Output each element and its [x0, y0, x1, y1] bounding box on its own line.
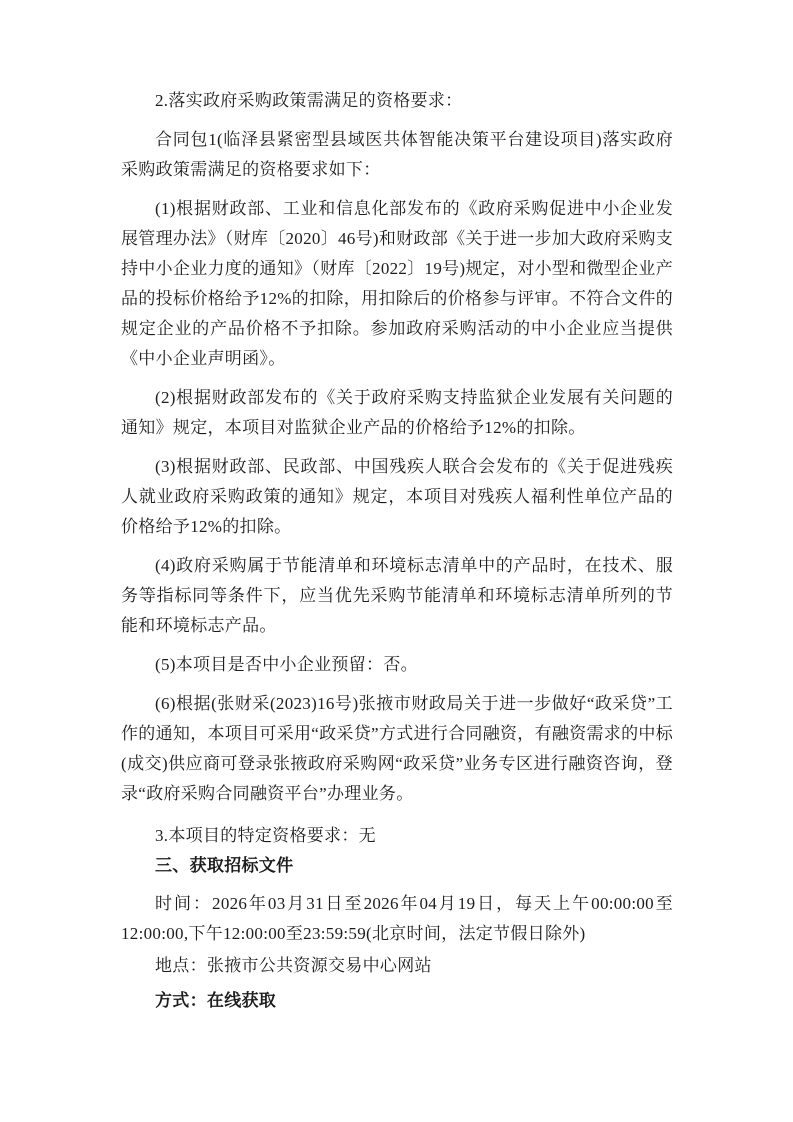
para-obtain-method: 方式：在线获取 — [121, 986, 673, 1016]
para-policy-item-2-prison-enterprise: (2)根据财政部发布的《关于政府采购支持监狱企业发展有关问题的通知》规定，本项目… — [121, 383, 673, 443]
para-policy-item-6-procurement-loan: (6)根据(张财采(2023)16号)张掖市财政局关于进一步做好“政采贷”工作的… — [121, 689, 673, 809]
para-policy-requirements-intro: 2.落实政府采购政策需满足的资格要求： — [121, 86, 673, 116]
para-policy-item-3-disabled-welfare: (3)根据财政部、民政部、中国残疾人联合会发布的《关于促进残疾人就业政府采购政策… — [121, 452, 673, 542]
para-obtain-time: 时间：2026年03月31日至2026年04月19日，每天上午00:00:00至… — [121, 889, 673, 949]
para-policy-item-1-sme-deduction: (1)根据财政部、工业和信息化部发布的《政府采购促进中小企业发展管理办法》（财库… — [121, 194, 673, 374]
section-heading-obtain-bidding-documents: 三、获取招标文件 — [121, 851, 673, 881]
para-policy-item-5-sme-reserved: (5)本项目是否中小企业预留：否。 — [121, 650, 673, 680]
para-contract-package-intro: 合同包1(临泽县紧密型县域医共体智能决策平台建设项目)落实政府采购政策需满足的资… — [121, 125, 673, 185]
document-page: 2.落实政府采购政策需满足的资格要求： 合同包1(临泽县紧密型县域医共体智能决策… — [0, 0, 793, 1122]
para-obtain-place: 地点：张掖市公共资源交易中心网站 — [121, 951, 673, 981]
para-policy-item-4-energy-saving: (4)政府采购属于节能清单和环境标志清单中的产品时，在技术、服务等指标同等条件下… — [121, 551, 673, 641]
para-specific-qualification: 3.本项目的特定资格要求：无 — [121, 821, 673, 851]
